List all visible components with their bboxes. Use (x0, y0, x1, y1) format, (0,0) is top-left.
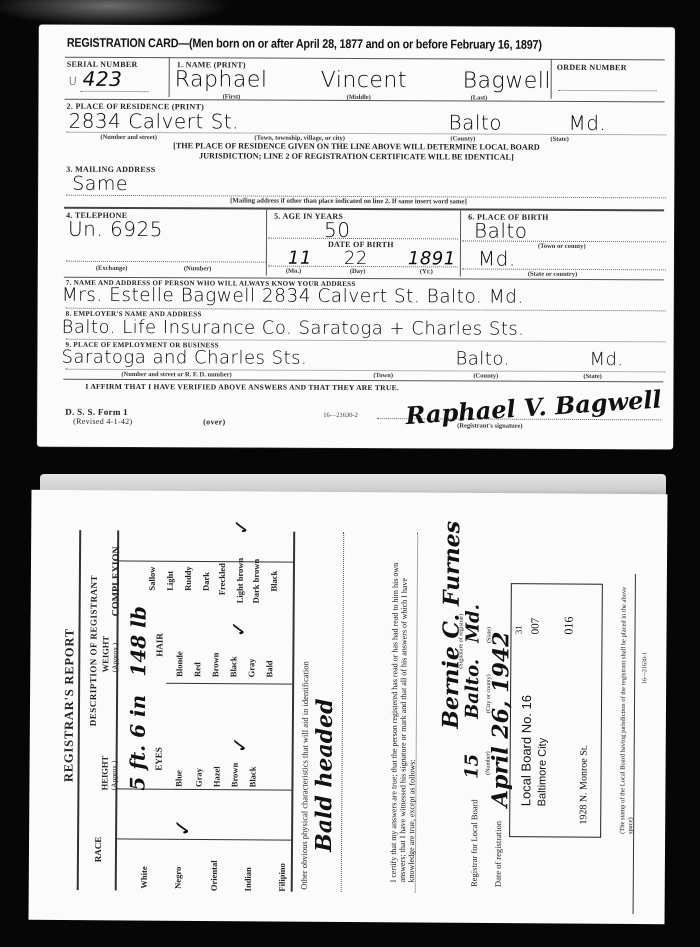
weight-label: WEIGHT (100, 636, 110, 672)
state-label: (State) (550, 136, 568, 143)
height-label: HEIGHT (99, 756, 109, 791)
hair-option-black: Black (228, 656, 238, 677)
form-id: D. S. S. Form 1 (65, 407, 128, 417)
report-print-code: 16—21630-1 (642, 652, 648, 684)
complexion-check-mark: ✓ (229, 518, 253, 535)
height-sub: (Approx.) (109, 761, 118, 791)
serial-prefix: U (69, 75, 78, 88)
middle-name-value: Vincent (321, 68, 407, 93)
birth-town-value: Balto (474, 219, 528, 243)
day-label: (Day) (350, 268, 366, 275)
birth-state-value: Md. (478, 247, 516, 271)
complexion-option-light: Light (165, 571, 175, 591)
complexion-option-black: Black (269, 571, 279, 592)
divider (117, 560, 293, 562)
hair-option-brown: Brown (210, 653, 220, 677)
certification-text: I certify that my answers are true; that… (389, 542, 418, 882)
signature-label: (Registrant's signature) (457, 422, 522, 429)
eyes-label: EYES (154, 747, 164, 771)
eyes-option-gray: Gray (193, 768, 203, 787)
form-revised: (Revised 4-1-42) (73, 417, 132, 426)
affirmation-text: I Affirm That I Have Verified Above Answ… (85, 382, 399, 392)
divider (166, 683, 292, 685)
stamp-line-2: Baltimore City (536, 738, 548, 807)
birth-state-label: (State or country) (528, 271, 577, 278)
race-option-indian: Indian (243, 867, 253, 891)
height-value: 5 ft. 6 in (125, 695, 150, 791)
hair-option-blonde: Blonde (174, 651, 184, 677)
eyes-option-blue: Blue (173, 770, 183, 787)
other-characteristics-label: Other obvious physical characteristics t… (299, 661, 311, 890)
stamp-line-1: Local Board No. 16 (518, 695, 534, 806)
complexion-option-dark-brown: Dark brown (251, 559, 261, 604)
divider (460, 208, 461, 276)
emp-town-label: (Town) (373, 372, 393, 379)
dotted-line (81, 91, 149, 92)
other-characteristics-value: Bald headed (311, 698, 338, 851)
board-number-value: 15 (462, 754, 483, 779)
race-option-white: White (139, 866, 149, 888)
divider (115, 838, 291, 840)
last-name-value: Bagwell (463, 68, 551, 93)
telephone-value: Un. 6925 (68, 217, 163, 241)
order-number-label: ORDER NUMBER (557, 63, 627, 72)
residence-notice: [THE PLACE OF RESIDENCE GIVEN ON THE LIN… (38, 141, 674, 164)
board-state-value: Md. (462, 604, 483, 643)
hair-check-mark: ✓ (226, 620, 250, 637)
mo-label: (Mo.) (286, 268, 301, 275)
weight-value: 148 lb (126, 606, 150, 676)
report-title: REGISTRAR'S REPORT (61, 628, 77, 782)
stamp-line-3: 1928 N. Monroe St. (578, 745, 590, 825)
mailing-address-value: Same (72, 173, 128, 195)
employment-town-value: Balto. (455, 348, 509, 369)
first-name-value: Raphael (175, 67, 268, 92)
race-check-mark: ✓ (171, 818, 196, 837)
complexion-label: COMPLEXION (111, 546, 122, 616)
eyes-option-brown: Brown (229, 763, 239, 787)
employer-value: Balto. Life Insurance Co. Saratoga + Cha… (62, 317, 525, 340)
eyes-option-black: Black (247, 767, 257, 788)
registration-card-front: REGISTRATION CARD—(Men born on or after … (37, 25, 675, 450)
eyes-check-mark: ✓ (228, 736, 252, 753)
registrar-board-label: Registrar for Local Board (469, 799, 480, 887)
date-of-registration-label: Date of registration (493, 821, 503, 887)
description-header: DESCRIPTION OF REGISTRANT (88, 575, 99, 726)
weight-sub: (Approx.) (110, 643, 119, 673)
emp-state-label: (State) (583, 373, 601, 380)
emp-county-label: (County) (473, 373, 498, 380)
print-code: 16—21630-2 (323, 412, 358, 419)
stamp-code-2: 007 (530, 618, 542, 635)
eyes-option-hazel: Hazel (211, 766, 221, 787)
stamp-code-3: 016 (562, 616, 577, 634)
hair-option-bald: Bald (264, 660, 274, 677)
stamp-code-1: 31 (514, 625, 524, 634)
mailing-note: [Mailing address if other than place ind… (230, 197, 467, 205)
serial-number-value: 423 (83, 67, 123, 91)
divider (291, 532, 295, 892)
divider (65, 57, 665, 61)
divider (77, 530, 82, 890)
registrars-report-card: REGISTRAR'S REPORT DESCRIPTION OF REGIST… (29, 490, 668, 924)
complexion-option-light-brown: Light brown (235, 558, 245, 604)
dotted-line (559, 90, 657, 91)
employment-state-value: Md. (589, 349, 623, 370)
number-label: (Number) (184, 265, 211, 272)
complexion-option-freckled: Freckled (217, 563, 227, 595)
residence-town-value: Balto (448, 110, 502, 134)
emp-street-label: (Number and street or R. F. D. number) (121, 371, 231, 378)
hair-option-red: Red (192, 662, 202, 677)
divider (551, 59, 552, 99)
divider (64, 207, 664, 212)
race-option-oriental: Oriental (209, 860, 219, 891)
residence-state-value: Md. (568, 111, 606, 135)
complexion-option-dark: Dark (201, 572, 211, 591)
hair-option-gray: Gray (246, 658, 256, 677)
over-label: (over) (203, 417, 225, 426)
birth-town-label: (Town or county) (538, 243, 586, 250)
dotted-line (341, 532, 345, 892)
registrant-signature: Raphael V. Bagwell (405, 384, 663, 430)
race-option-negro: Negro (173, 867, 183, 889)
hair-label: HAIR (154, 633, 164, 657)
board-city-value: Balto. (462, 659, 483, 719)
race-option-filipino: Filipino (277, 863, 287, 891)
notice-line-2: JURISDICTION; LINE 2 OF REGISTRATION CER… (38, 151, 674, 164)
employment-street-value: Saratoga and Charles Sts. (61, 347, 307, 369)
card-header: REGISTRATION CARD—(Men born on or after … (67, 36, 542, 52)
exchange-label: (Exchange) (96, 265, 127, 272)
yr-label: (Yr.) (420, 268, 433, 275)
residence-street-value: 2834 Calvert St. (68, 109, 239, 134)
divider (169, 57, 170, 97)
race-label: RACE (93, 837, 103, 863)
contact-person-value: Mrs. Estelle Bagwell 2834 Calvert St. Ba… (62, 285, 524, 308)
complexion-option-sallow: Sallow (147, 566, 157, 590)
local-board-stamp: Local Board No. 16 Baltimore City 31 007… (509, 583, 603, 838)
complexion-option-ruddy: Ruddy (183, 566, 193, 591)
dotted-line (66, 261, 266, 263)
